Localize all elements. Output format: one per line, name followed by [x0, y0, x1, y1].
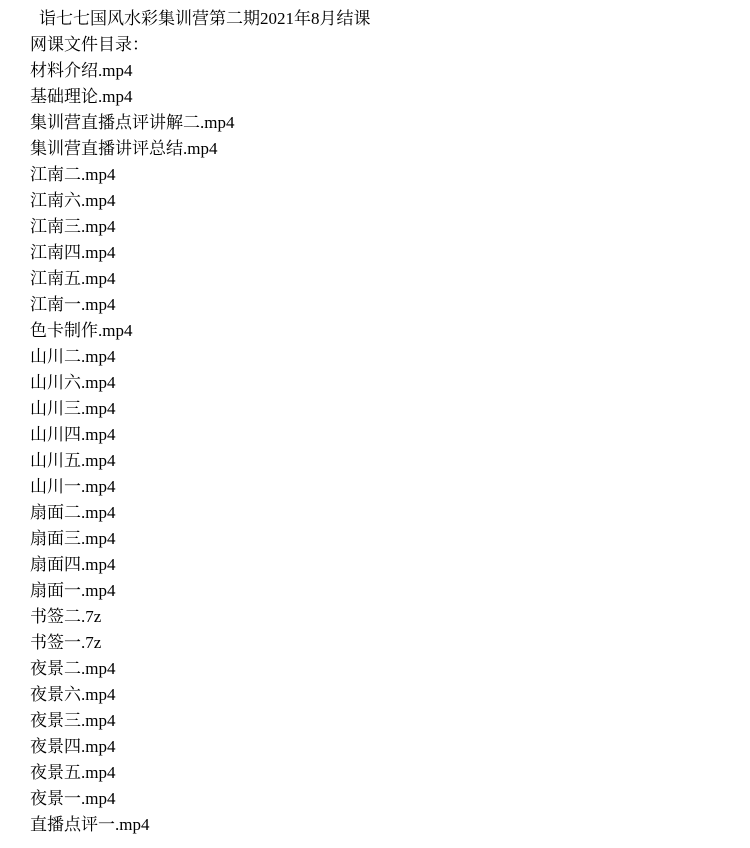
- file-list-item: 山川一.mp4: [30, 474, 740, 500]
- file-list-item: 江南四.mp4: [30, 240, 740, 266]
- file-list: 材料介绍.mp4基础理论.mp4集训营直播点评讲解二.mp4集训营直播讲评总结.…: [30, 58, 740, 838]
- document-title: 诣七七国风水彩集训营第二期2021年8月结课: [30, 6, 740, 32]
- file-list-item: 山川六.mp4: [30, 370, 740, 396]
- file-list-item: 夜景五.mp4: [30, 760, 740, 786]
- file-list-item: 书签二.7z: [30, 604, 740, 630]
- directory-heading: 网课文件目录：: [30, 32, 740, 58]
- document-page: 诣七七国风水彩集训营第二期2021年8月结课 网课文件目录： 材料介绍.mp4基…: [0, 0, 750, 848]
- file-list-item: 集训营直播讲评总结.mp4: [30, 136, 740, 162]
- file-list-item: 基础理论.mp4: [30, 84, 740, 110]
- file-list-item: 山川四.mp4: [30, 422, 740, 448]
- file-list-item: 材料介绍.mp4: [30, 58, 740, 84]
- file-list-item: 夜景一.mp4: [30, 786, 740, 812]
- file-list-item: 江南三.mp4: [30, 214, 740, 240]
- file-list-item: 山川二.mp4: [30, 344, 740, 370]
- file-list-item: 集训营直播点评讲解二.mp4: [30, 110, 740, 136]
- file-list-item: 夜景三.mp4: [30, 708, 740, 734]
- file-list-item: 直播点评一.mp4: [30, 812, 740, 838]
- file-list-item: 夜景二.mp4: [30, 656, 740, 682]
- file-list-item: 山川三.mp4: [30, 396, 740, 422]
- file-list-item: 扇面一.mp4: [30, 578, 740, 604]
- file-list-item: 江南五.mp4: [30, 266, 740, 292]
- file-list-item: 扇面三.mp4: [30, 526, 740, 552]
- file-list-item: 夜景六.mp4: [30, 682, 740, 708]
- file-list-item: 色卡制作.mp4: [30, 318, 740, 344]
- file-list-item: 扇面四.mp4: [30, 552, 740, 578]
- file-list-item: 山川五.mp4: [30, 448, 740, 474]
- file-list-item: 扇面二.mp4: [30, 500, 740, 526]
- file-list-item: 江南一.mp4: [30, 292, 740, 318]
- file-list-item: 江南六.mp4: [30, 188, 740, 214]
- file-list-item: 夜景四.mp4: [30, 734, 740, 760]
- file-list-item: 江南二.mp4: [30, 162, 740, 188]
- file-list-item: 书签一.7z: [30, 630, 740, 656]
